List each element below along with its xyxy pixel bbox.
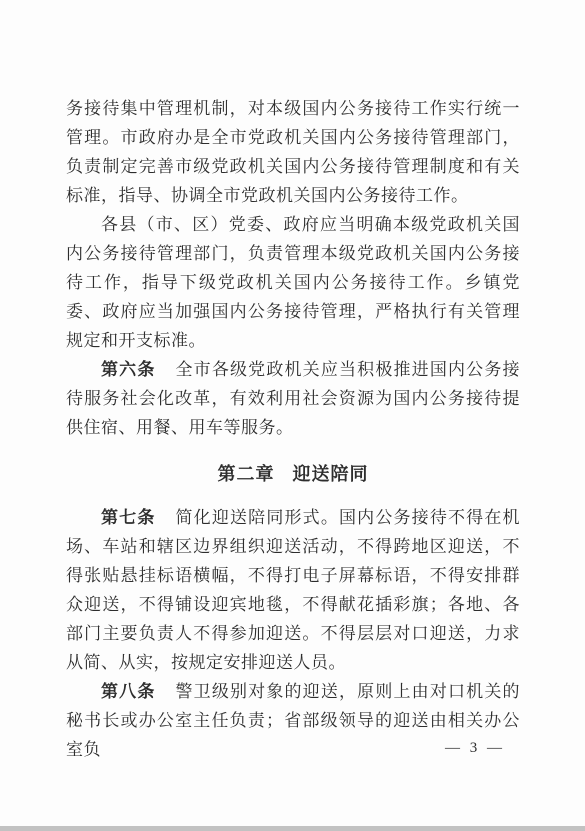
article-8-number: 第八条 [101,682,156,701]
scan-edge-artifact [0,826,585,831]
paragraph: 各县（市、区）党委、政府应当明确本级党政机关国内公务接待管理部门，负责管理本级党… [66,210,520,355]
paragraph-continuation: 务接待集中管理机制，对本级国内公务接待工作实行统一管理。市政府办是全市党政机关国… [66,94,520,210]
scanned-document-page: 务接待集中管理机制，对本级国内公务接待工作实行统一管理。市政府办是全市党政机关国… [0,0,585,831]
paragraph-article-6: 第六条全市各级党政机关应当积极推进国内公务接待服务社会化改革，有效利用社会资源为… [66,355,520,442]
article-7-number: 第七条 [101,508,156,527]
article-7-text: 简化迎送陪同形式。国内公务接待不得在机场、车站和辖区边界组织迎送活动，不得跨地区… [66,508,520,672]
chapter-2-number: 第二章 [218,464,275,484]
article-6-number: 第六条 [101,360,156,379]
document-body: 务接待集中管理机制，对本级国内公务接待工作实行统一管理。市政府办是全市党政机关国… [66,94,520,764]
paragraph-article-7: 第七条简化迎送陪同形式。国内公务接待不得在机场、车站和辖区边界组织迎送活动，不得… [66,503,520,677]
chapter-2-title: 迎送陪同 [293,464,369,484]
page-number: — 3 — [445,740,505,757]
chapter-2-heading: 第二章迎送陪同 [66,460,520,489]
